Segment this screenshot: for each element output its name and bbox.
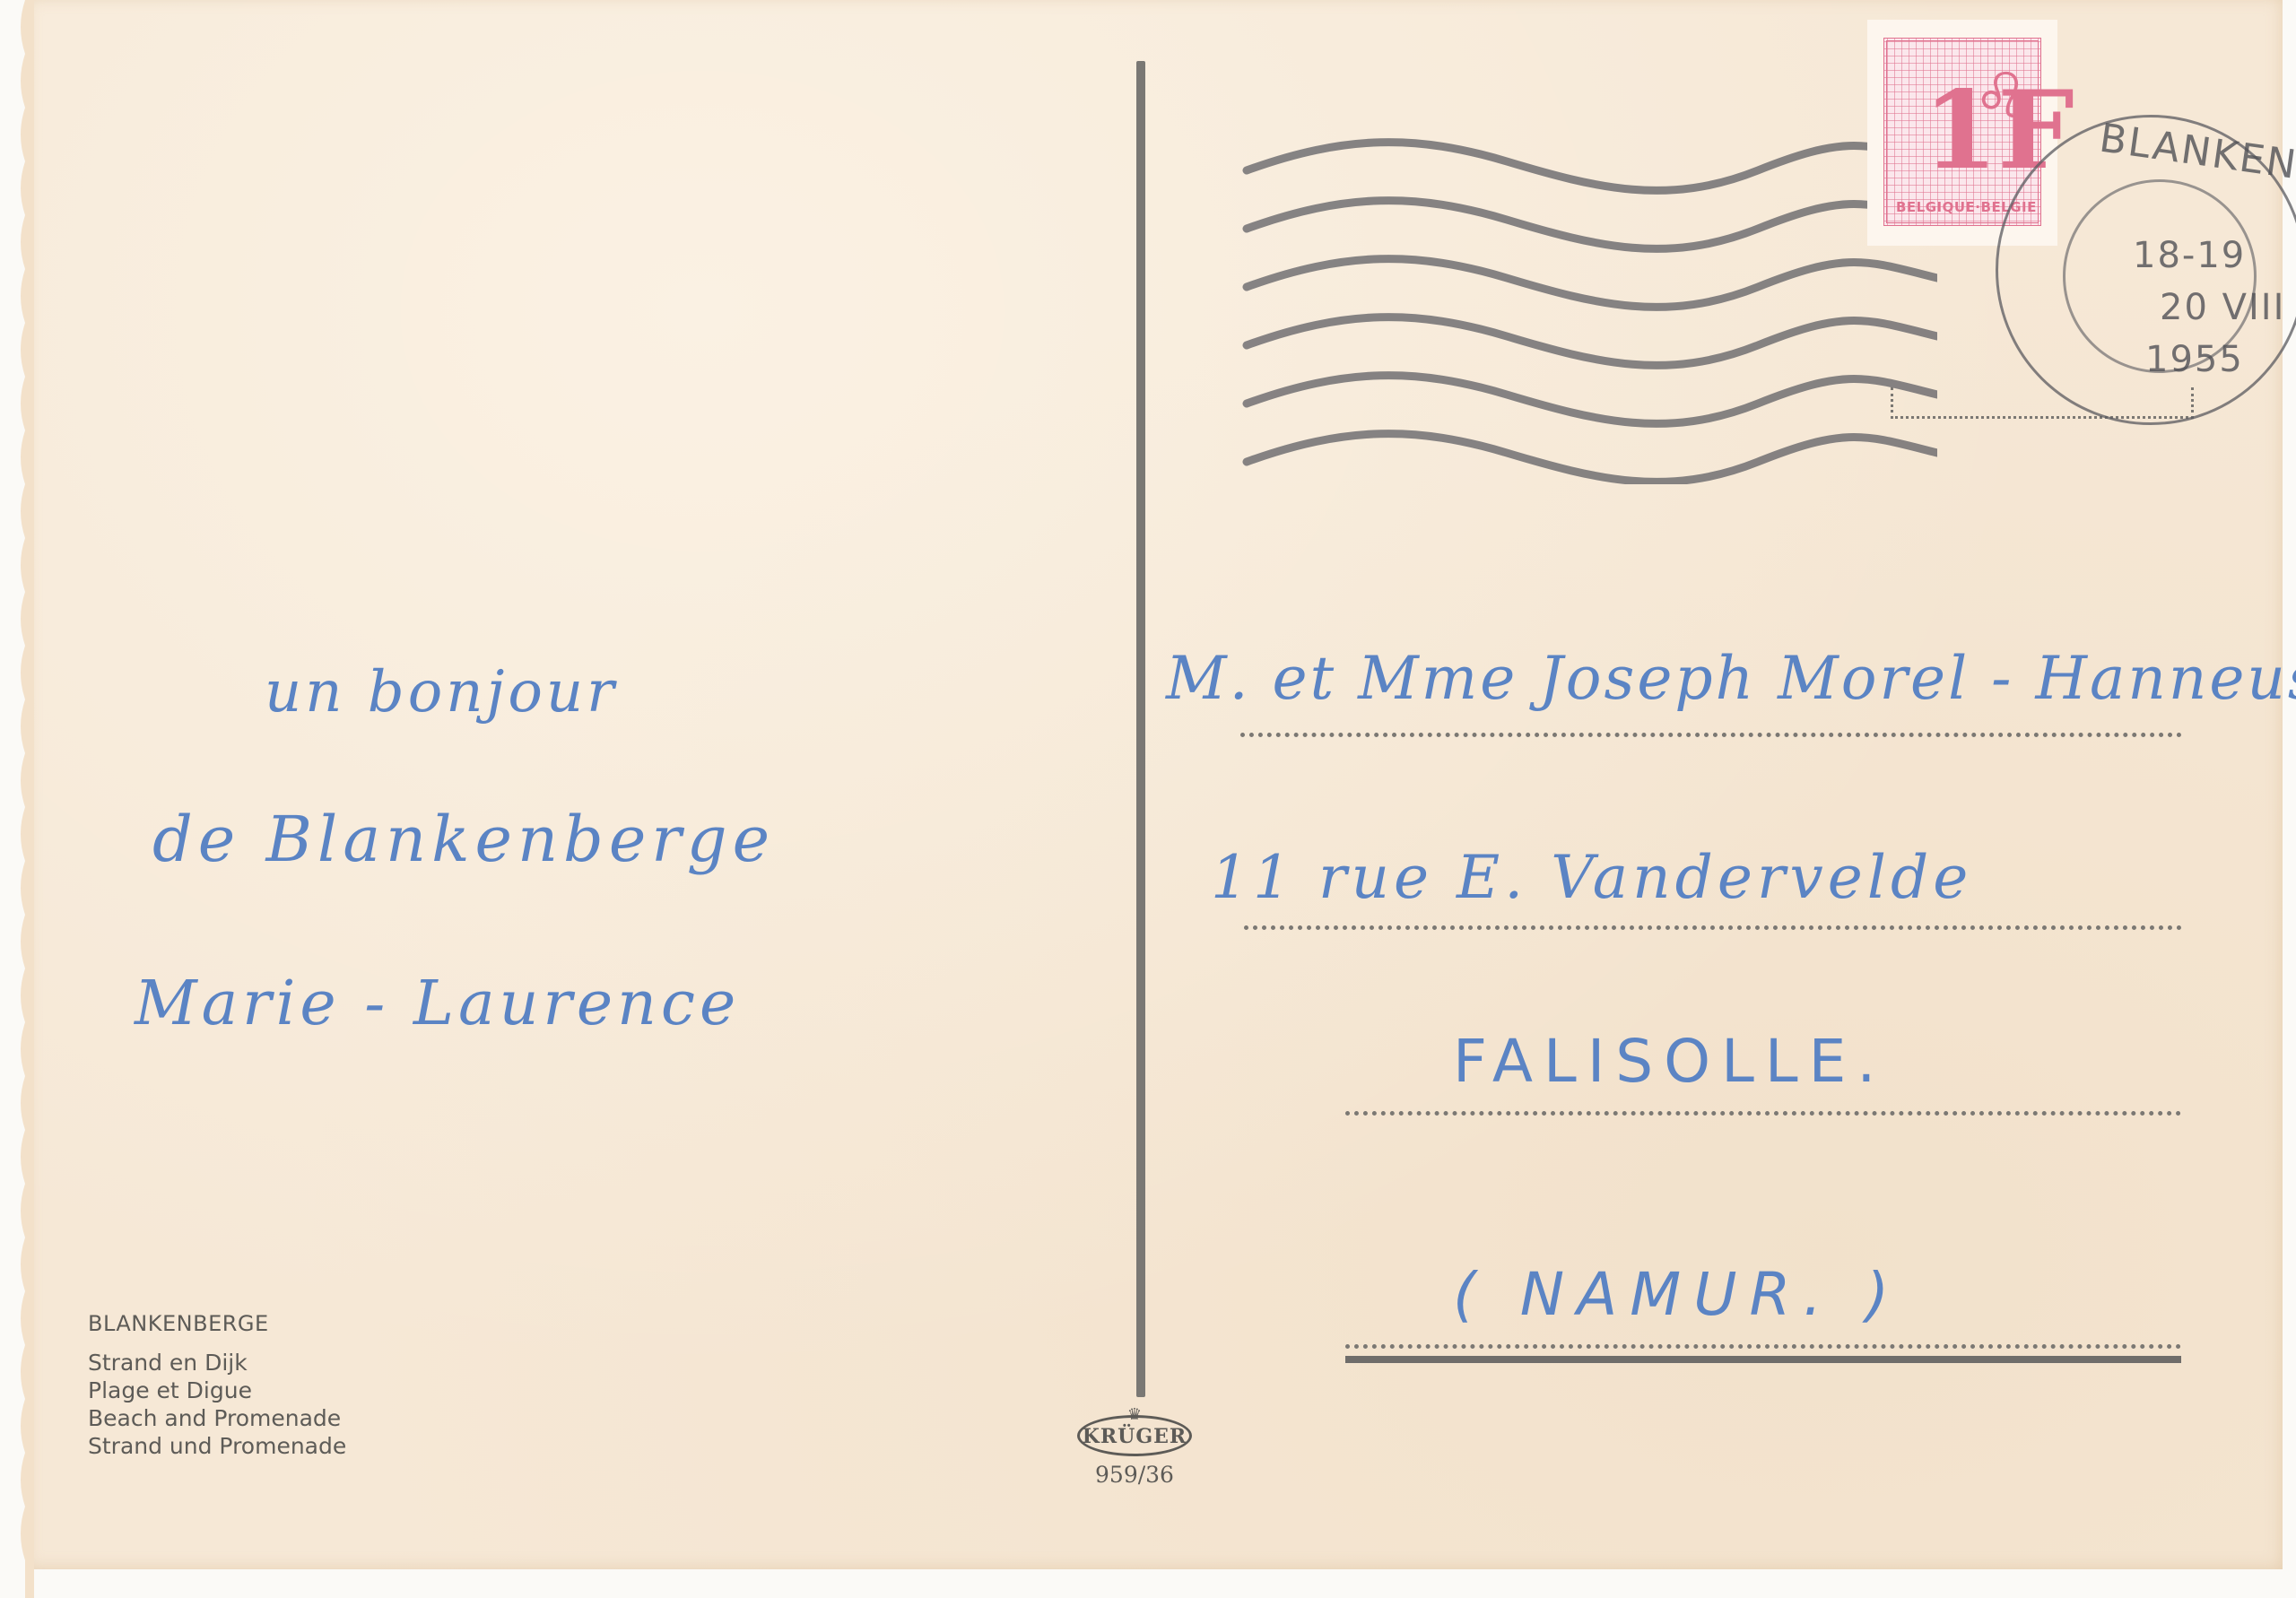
caption-line: Plage et Digue (88, 1377, 346, 1404)
cancellation-waves (1238, 126, 1937, 484)
caption-line: Strand en Dijk (88, 1349, 346, 1377)
caption-title: BLANKENBERGE (88, 1311, 346, 1336)
address-underline-bar (1345, 1356, 2181, 1363)
publisher-code: 959/36 (1074, 1462, 1195, 1488)
publisher-name: KRÜGER (1080, 1425, 1189, 1448)
address-town: FALISOLLE. (1453, 1027, 1886, 1096)
message-line: de Blankenberge (152, 803, 775, 876)
crown-icon: ♛ (1127, 1407, 1142, 1423)
address-recipient: M. et Mme Joseph Morel - Hanneuse (1166, 644, 2296, 713)
scalloped-edge (16, 0, 34, 1598)
address-line-3 (1345, 1111, 2181, 1116)
address-province: ( NAMUR. ) (1453, 1260, 1901, 1329)
caption-line: Beach and Promenade (88, 1404, 346, 1432)
address-street: 11 rue E. Vandervelde (1211, 843, 1972, 912)
center-divider (1136, 61, 1145, 1397)
publisher-mark: ♛ KRÜGER 959/36 (1074, 1415, 1195, 1488)
message-line: un bonjour (265, 659, 618, 725)
address-line-4 (1345, 1344, 2181, 1349)
postmark-date: 20 VIII (2160, 287, 2285, 328)
publisher-logo: ♛ KRÜGER (1077, 1415, 1192, 1456)
message-signature: Marie - Laurence (135, 968, 740, 1039)
postmark-hours: 18-19 (2133, 235, 2246, 276)
caption-line: Strand und Promenade (88, 1432, 346, 1460)
postmark-year: 1955 (2145, 339, 2244, 380)
address-line-1 (1240, 733, 2182, 737)
address-line-2 (1244, 925, 2182, 930)
card-caption: BLANKENBERGE Strand en Dijk Plage et Dig… (88, 1311, 346, 1460)
